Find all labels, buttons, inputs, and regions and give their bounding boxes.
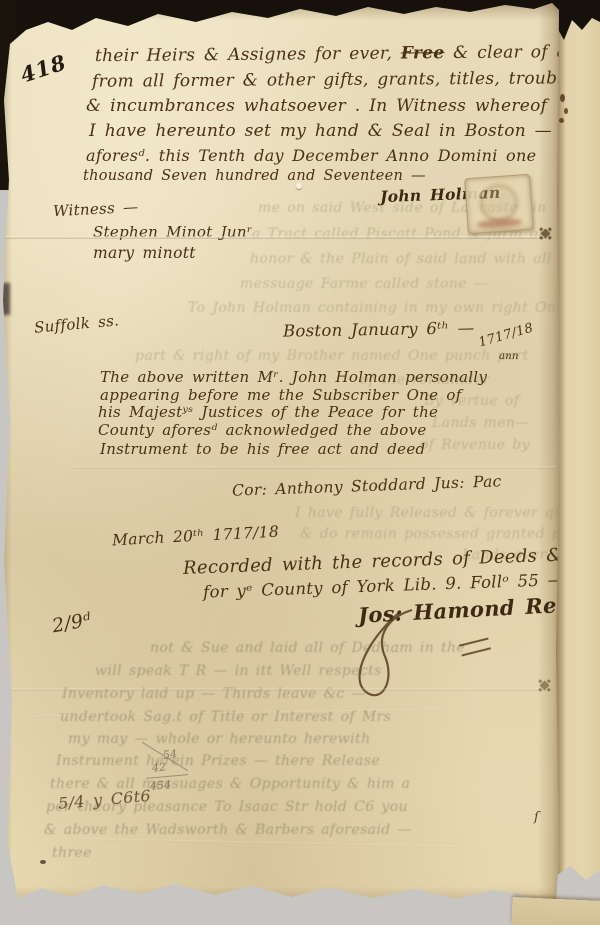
- seal-wax-smear: [476, 217, 523, 229]
- showthrough-line: & do remain possessed granted premises &: [300, 526, 600, 542]
- deed-line: aforesᵈ. this Tenth day December Anno Do…: [86, 146, 536, 165]
- showthrough-line: three: [52, 845, 92, 861]
- showthrough-line: honor & the Plain of said land with all …: [250, 251, 591, 267]
- deed-line: thousand Seven hundred and Seventeen —: [83, 168, 426, 184]
- showthrough-line: of Revenue by: [420, 437, 530, 453]
- struck-word: Free: [401, 43, 445, 63]
- page-corner-fragment: [511, 897, 600, 925]
- showthrough-line: Instrument herein Prizes — there Release: [56, 753, 380, 769]
- deed-line: I have hereunto set my hand & Seal in Bo…: [89, 121, 552, 141]
- paper-wrinkle: [80, 838, 460, 848]
- ink-speck: [564, 108, 568, 114]
- witness-name: mary minott: [93, 244, 196, 262]
- ack-line: his Majestʸˢ Justices of the Peace for t…: [98, 403, 438, 421]
- acknowledgment-dateline: Boston January 6ᵗʰ —: [283, 318, 475, 340]
- pencil-arithmetic: 454: [150, 778, 172, 792]
- fold-crease: [0, 688, 548, 691]
- manuscript-page: me on said West side of Lancaster in a T…: [0, 0, 560, 912]
- ack-line: The above written Mʳ. John Holman person…: [100, 368, 487, 386]
- jurisdiction-note: Suffolk ss.: [33, 311, 119, 336]
- fold-crease: [0, 236, 548, 239]
- pencil-arithmetic: 42: [151, 760, 166, 774]
- deed-line: from all former & other gifts, grants, t…: [92, 68, 583, 91]
- coram-line: Cor: Anthony Stoddard Jus: Pac: [232, 472, 502, 499]
- ink-speck: [560, 94, 565, 102]
- showthrough-line: my may — whole or hereunto herewith: [68, 731, 370, 747]
- ink-speck: [559, 118, 564, 123]
- showthrough-line: undertook Sag.t of Title or Interest of …: [60, 709, 391, 725]
- showthrough-line: messuage Farme called stone —: [240, 276, 488, 292]
- showthrough-line: I have fully Released & forever quittcla…: [295, 505, 600, 521]
- ack-line: County aforesᵈ acknowledged the above: [98, 421, 427, 439]
- edge-ink-blot: [0, 283, 10, 315]
- fold-crease-faint: [70, 466, 556, 469]
- showthrough-line: To John Holman containing in my own righ…: [188, 300, 565, 316]
- showthrough-line: Lands men—: [432, 415, 530, 431]
- ack-line: appearing before me the Subscriber One o…: [100, 386, 462, 404]
- edge-mark: ſ: [534, 810, 539, 825]
- recording-date: March 20ᵗʰ 1717/18: [112, 523, 280, 550]
- deed-line: & incumbrances whatsoever . In Witness w…: [86, 96, 547, 116]
- dark-speck: [40, 860, 46, 864]
- folio-number: 418: [17, 49, 69, 87]
- ack-line: Instrument to be his free act and deed: [100, 440, 425, 458]
- paper-edge-shade-bottom: [0, 886, 560, 912]
- fee-note: 2/9ᵈ: [50, 609, 93, 638]
- deed-text: their Heirs & Assignes for ever,: [95, 43, 401, 66]
- deed-line: their Heirs & Assignes for ever, Free & …: [95, 42, 590, 66]
- paper-fleck: [296, 183, 302, 189]
- showthrough-line: & above the Wadsworth & Barbers aforesai…: [44, 822, 412, 838]
- adjacent-page-edge: [556, 14, 600, 890]
- wax-seal: [464, 174, 534, 234]
- witness-label: Witness —: [53, 198, 139, 220]
- showthrough-line: part & right of my Brother named One pun…: [135, 348, 529, 364]
- year-fraction: 1717/18: [477, 321, 535, 351]
- year-note: ann: [499, 351, 519, 362]
